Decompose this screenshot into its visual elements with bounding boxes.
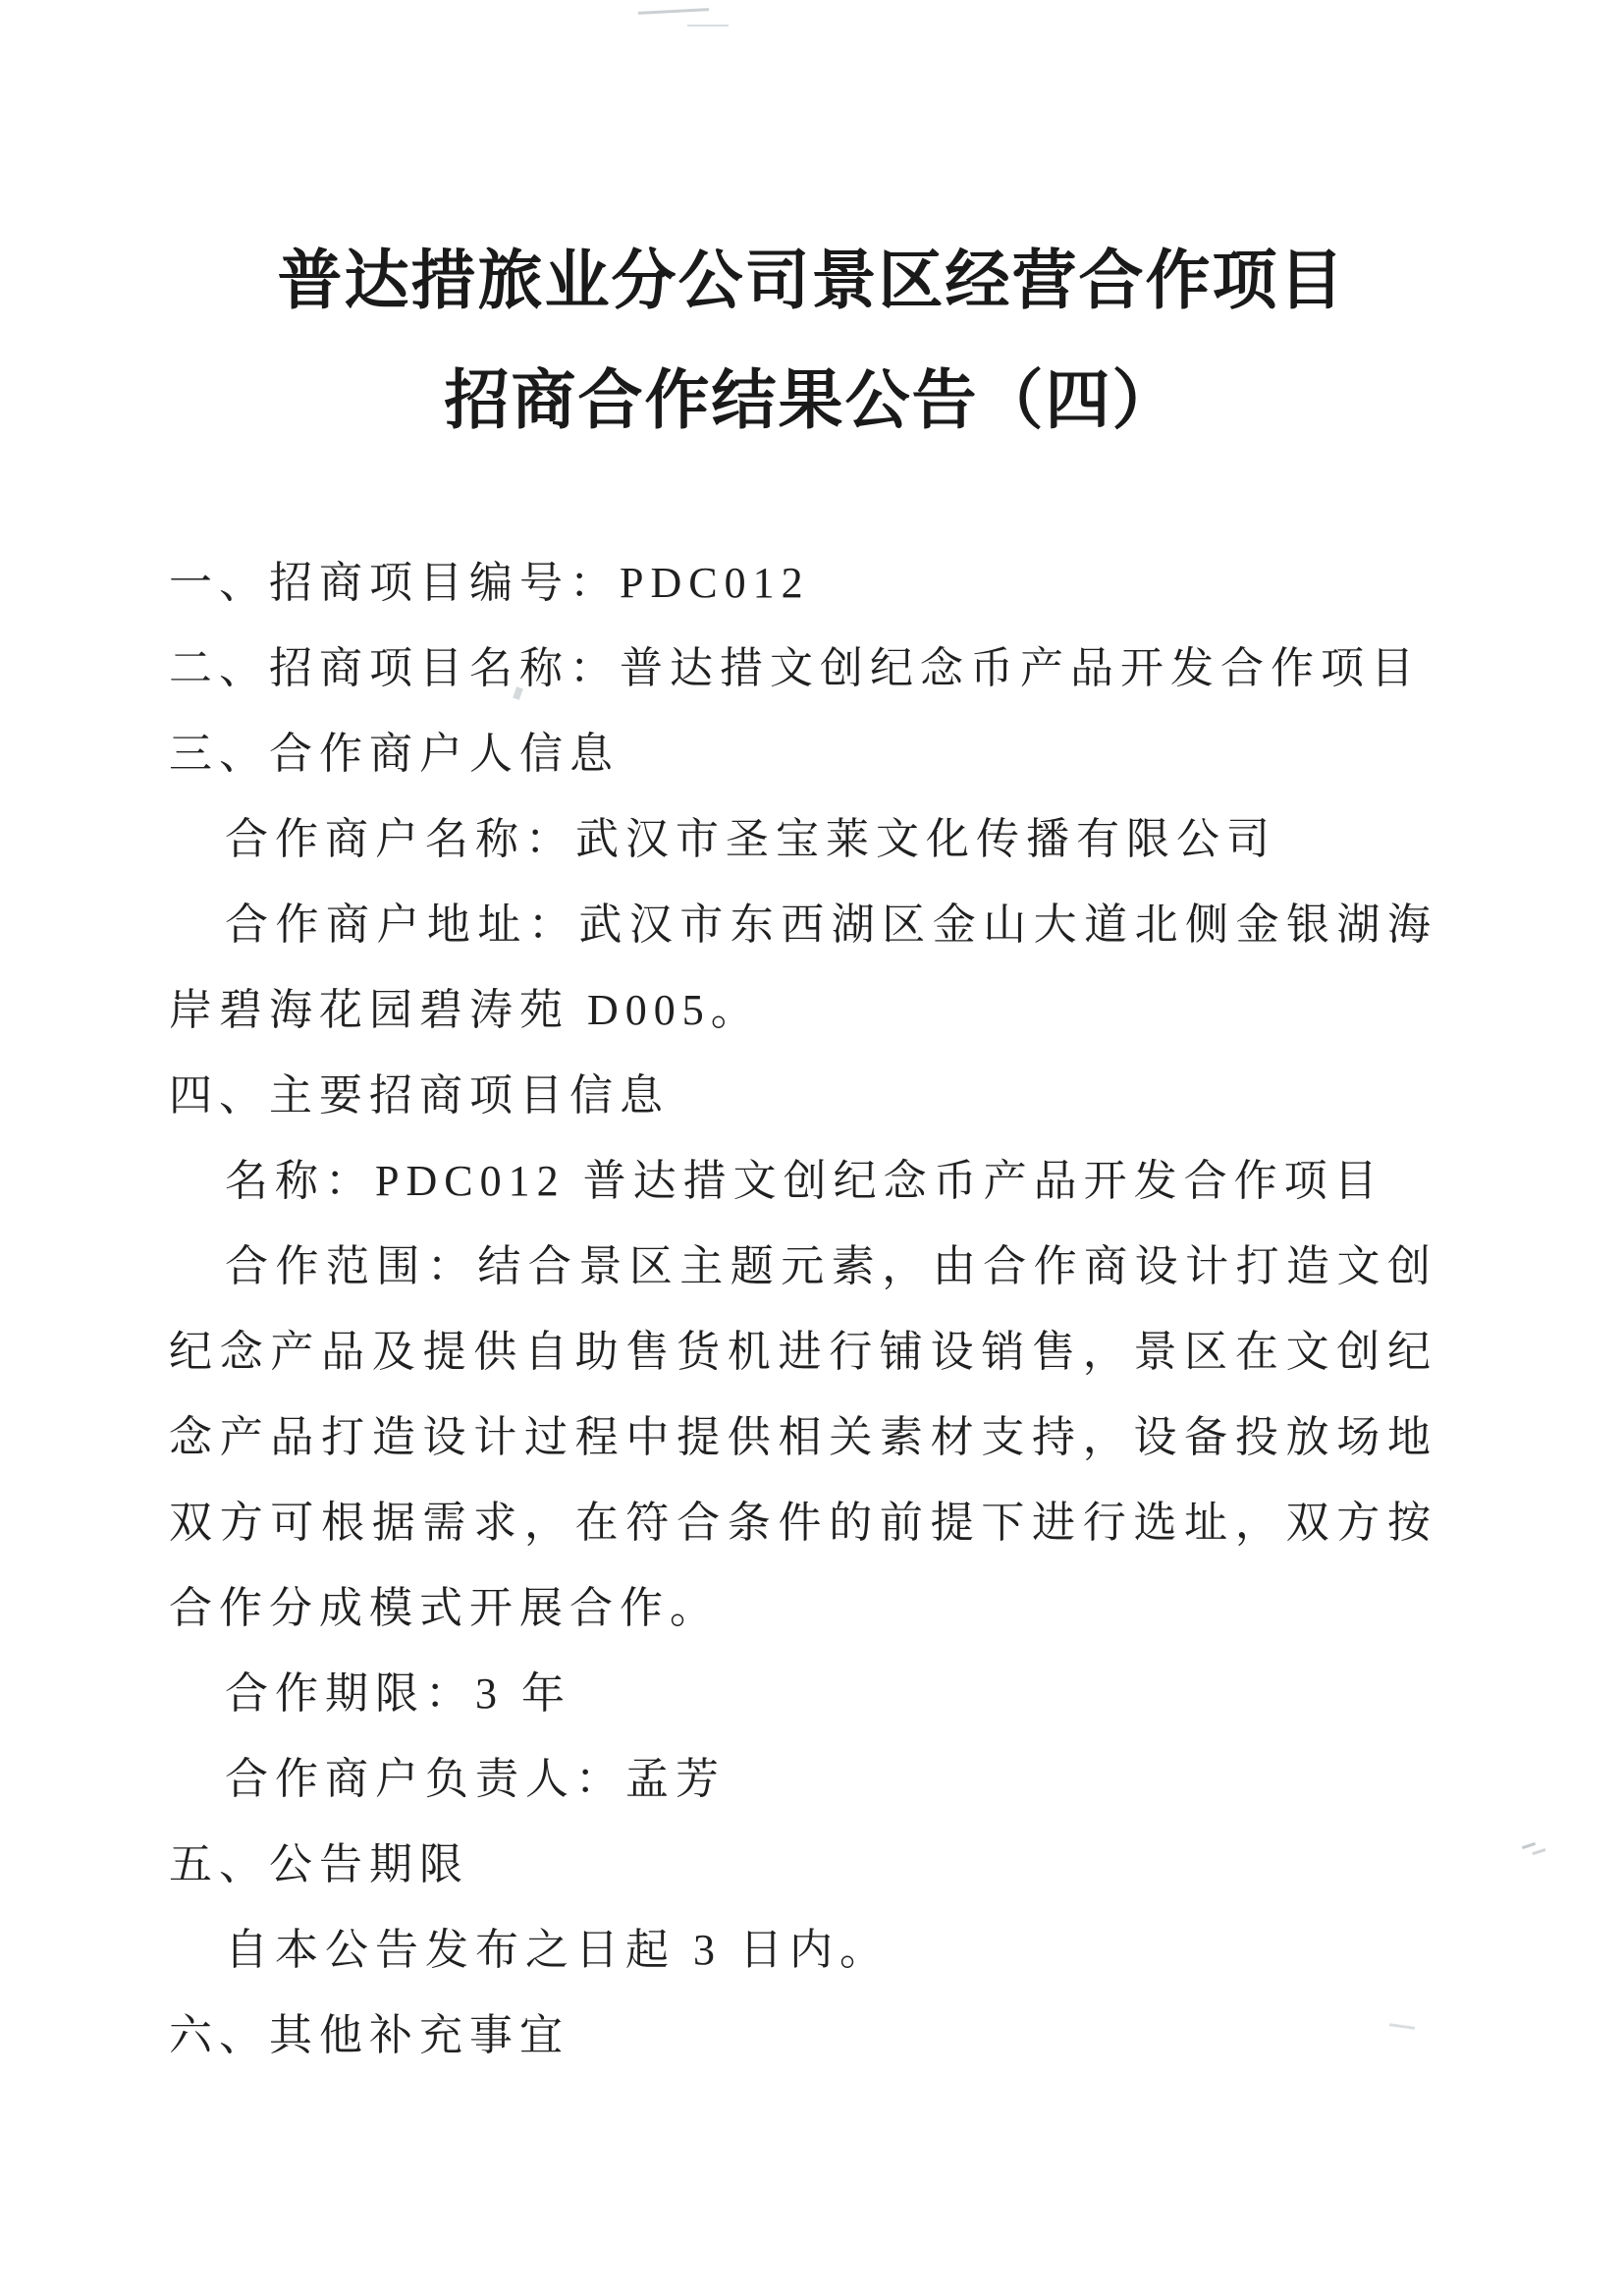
paragraph: 一、招商项目编号：PDC012 [169, 540, 1437, 626]
paragraph: 合作商户名称：武汉市圣宝莱文化传播有限公司 [169, 796, 1437, 882]
paragraph: 六、其他补充事宜 [169, 1993, 1437, 2078]
scan-artifact [1522, 1842, 1536, 1849]
paragraph: 合作期限：3 年 [169, 1651, 1437, 1736]
document-title-line-2: 招商合作结果公告（四） [0, 340, 1623, 460]
paragraph: 三、合作商户人信息 [169, 711, 1437, 796]
scanned-document-page: 普达措旅业分公司景区经营合作项目 招商合作结果公告（四） 一、招商项目编号：PD… [0, 0, 1623, 2296]
paragraph: 自本公告发布之日起 3 日内。 [169, 1907, 1437, 1993]
document-title-line-1: 普达措旅业分公司景区经营合作项目 [0, 220, 1623, 340]
paragraph: 四、主要招商项目信息 [169, 1053, 1437, 1138]
paragraph: 合作商户地址：武汉市东西湖区金山大道北侧金银湖海岸碧海花园碧涛苑 D005。 [169, 882, 1437, 1053]
paragraph: 五、公告期限 [169, 1822, 1437, 1907]
paragraph: 名称：PDC012 普达措文创纪念币产品开发合作项目 [169, 1138, 1437, 1224]
paragraph: 二、招商项目名称：普达措文创纪念币产品开发合作项目 [169, 626, 1437, 711]
document-body: 一、招商项目编号：PDC012二、招商项目名称：普达措文创纪念币产品开发合作项目… [169, 540, 1437, 2078]
paragraph: 合作商户负责人：孟芳 [169, 1736, 1437, 1822]
document-title: 普达措旅业分公司景区经营合作项目 招商合作结果公告（四） [0, 0, 1623, 460]
paragraph: 合作范围：结合景区主题元素，由合作商设计打造文创纪念产品及提供自助售货机进行铺设… [169, 1224, 1437, 1651]
